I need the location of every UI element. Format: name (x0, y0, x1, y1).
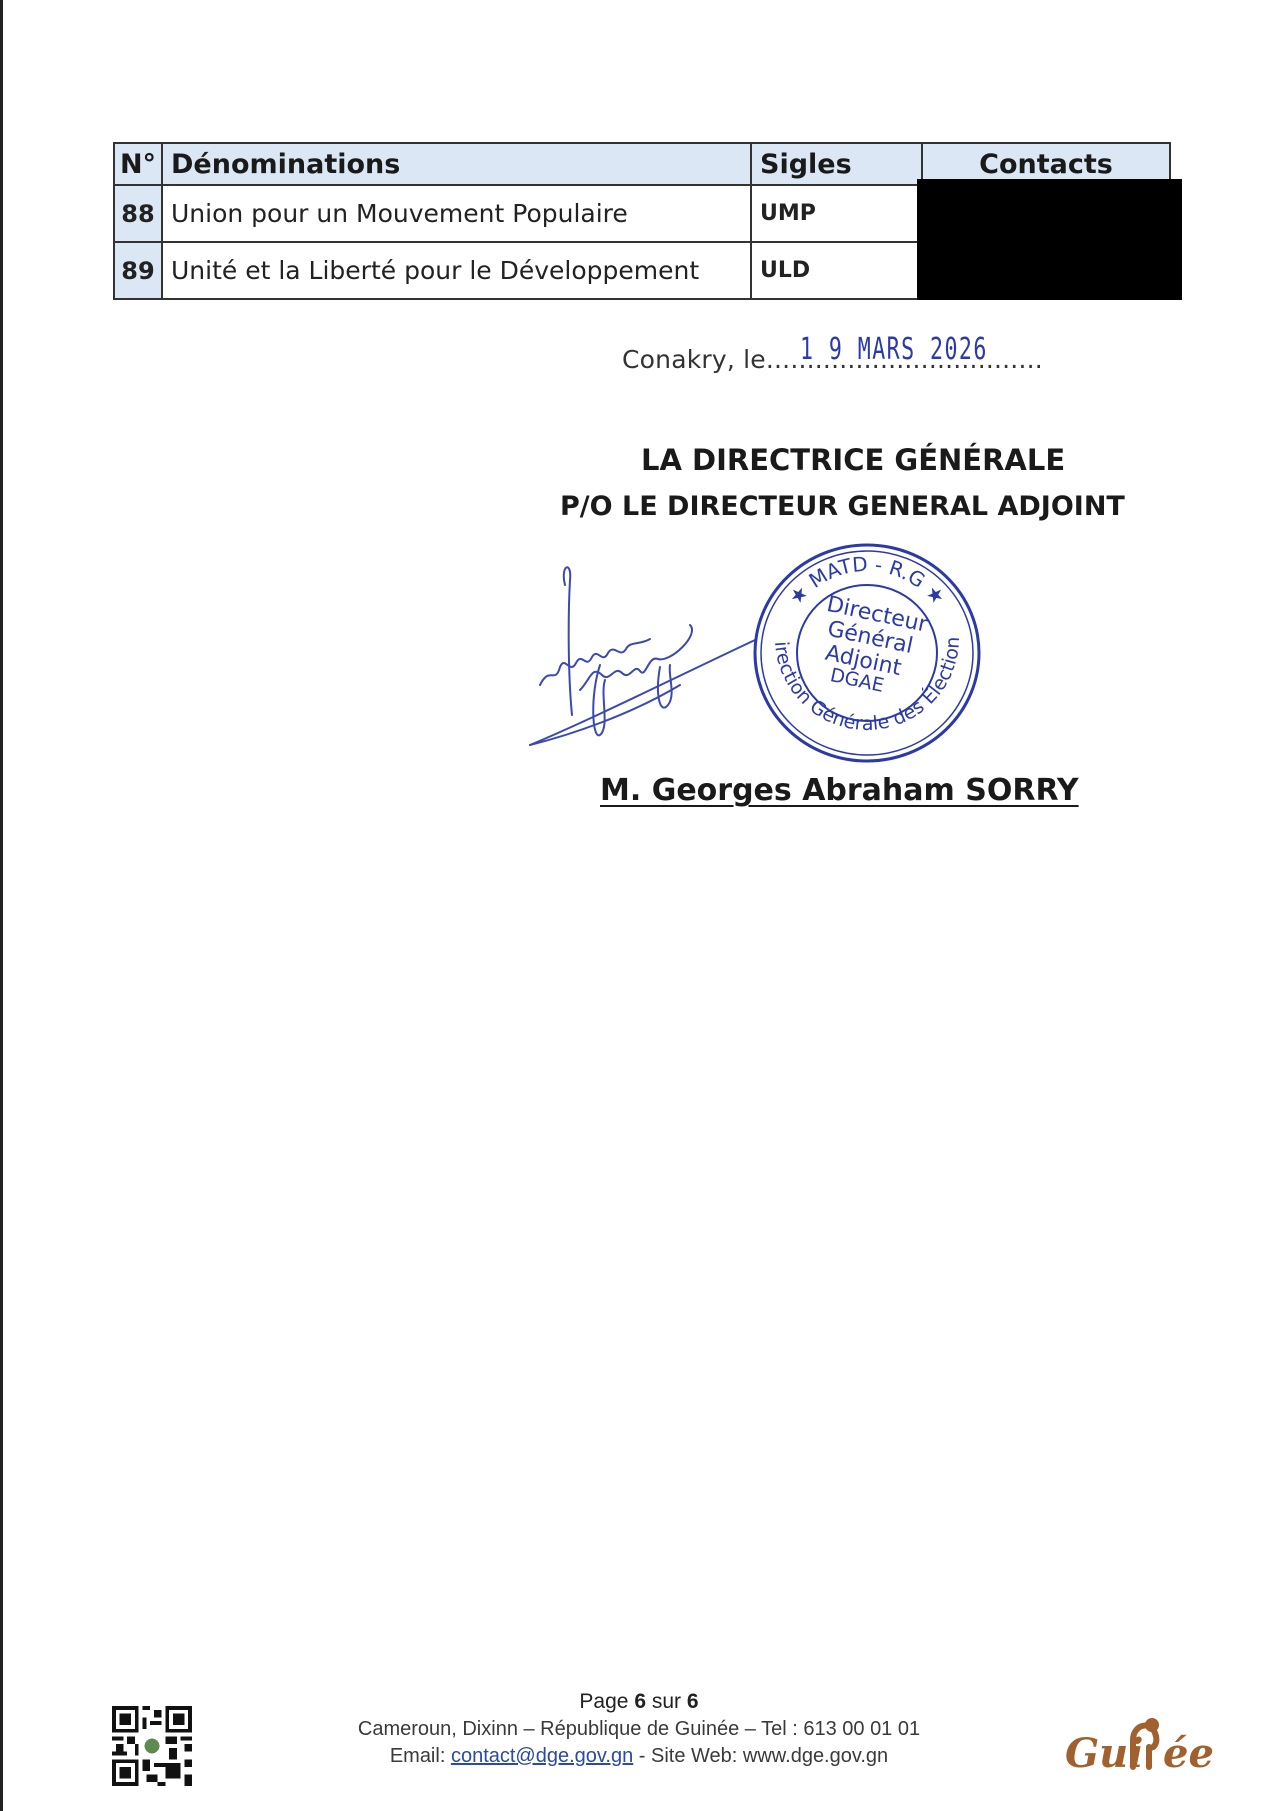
email-label: Email: (390, 1745, 446, 1767)
handwritten-signature-icon (510, 555, 760, 755)
row-number: 89 (114, 242, 162, 299)
official-stamp-icon: ★ MATD - R.G ★ Direction Générale des Él… (747, 538, 987, 768)
signature-title-line2: P/O LE DIRECTEUR GENERAL ADJOINT (560, 491, 1125, 522)
website-text: - Site Web: www.dge.gov.gn (639, 1745, 888, 1767)
row-number: 88 (114, 185, 162, 242)
page-left-edge (0, 0, 3, 1811)
svg-text:ée: ée (1163, 1730, 1214, 1777)
page-separator: sur (652, 1690, 681, 1713)
row-sigle: ULD (751, 242, 922, 299)
header-sigles: Sigles (751, 143, 922, 185)
guinee-brand-logo-icon: Gui ée (1055, 1705, 1235, 1785)
date-stamp: 1 9 MARS 2026 (800, 332, 988, 367)
header-denominations: Dénominations (162, 143, 751, 185)
signature-title-line1: LA DIRECTRICE GÉNÉRALE (641, 443, 1065, 477)
row-denomination: Union pour un Mouvement Populaire (162, 185, 751, 242)
row-denomination: Unité et la Liberté pour le Développemen… (162, 242, 751, 299)
signatory-name: M. Georges Abraham SORRY (600, 773, 1079, 808)
date-label: Conakry, le (622, 345, 766, 374)
email-link[interactable]: contact@dge.gov.gn (451, 1745, 633, 1767)
page-current: 6 (634, 1690, 646, 1713)
header-number: N° (114, 143, 162, 185)
page-total: 6 (687, 1690, 699, 1713)
row-sigle: UMP (751, 185, 922, 242)
page-prefix: Page (579, 1690, 628, 1713)
contacts-redaction-block (917, 179, 1182, 300)
